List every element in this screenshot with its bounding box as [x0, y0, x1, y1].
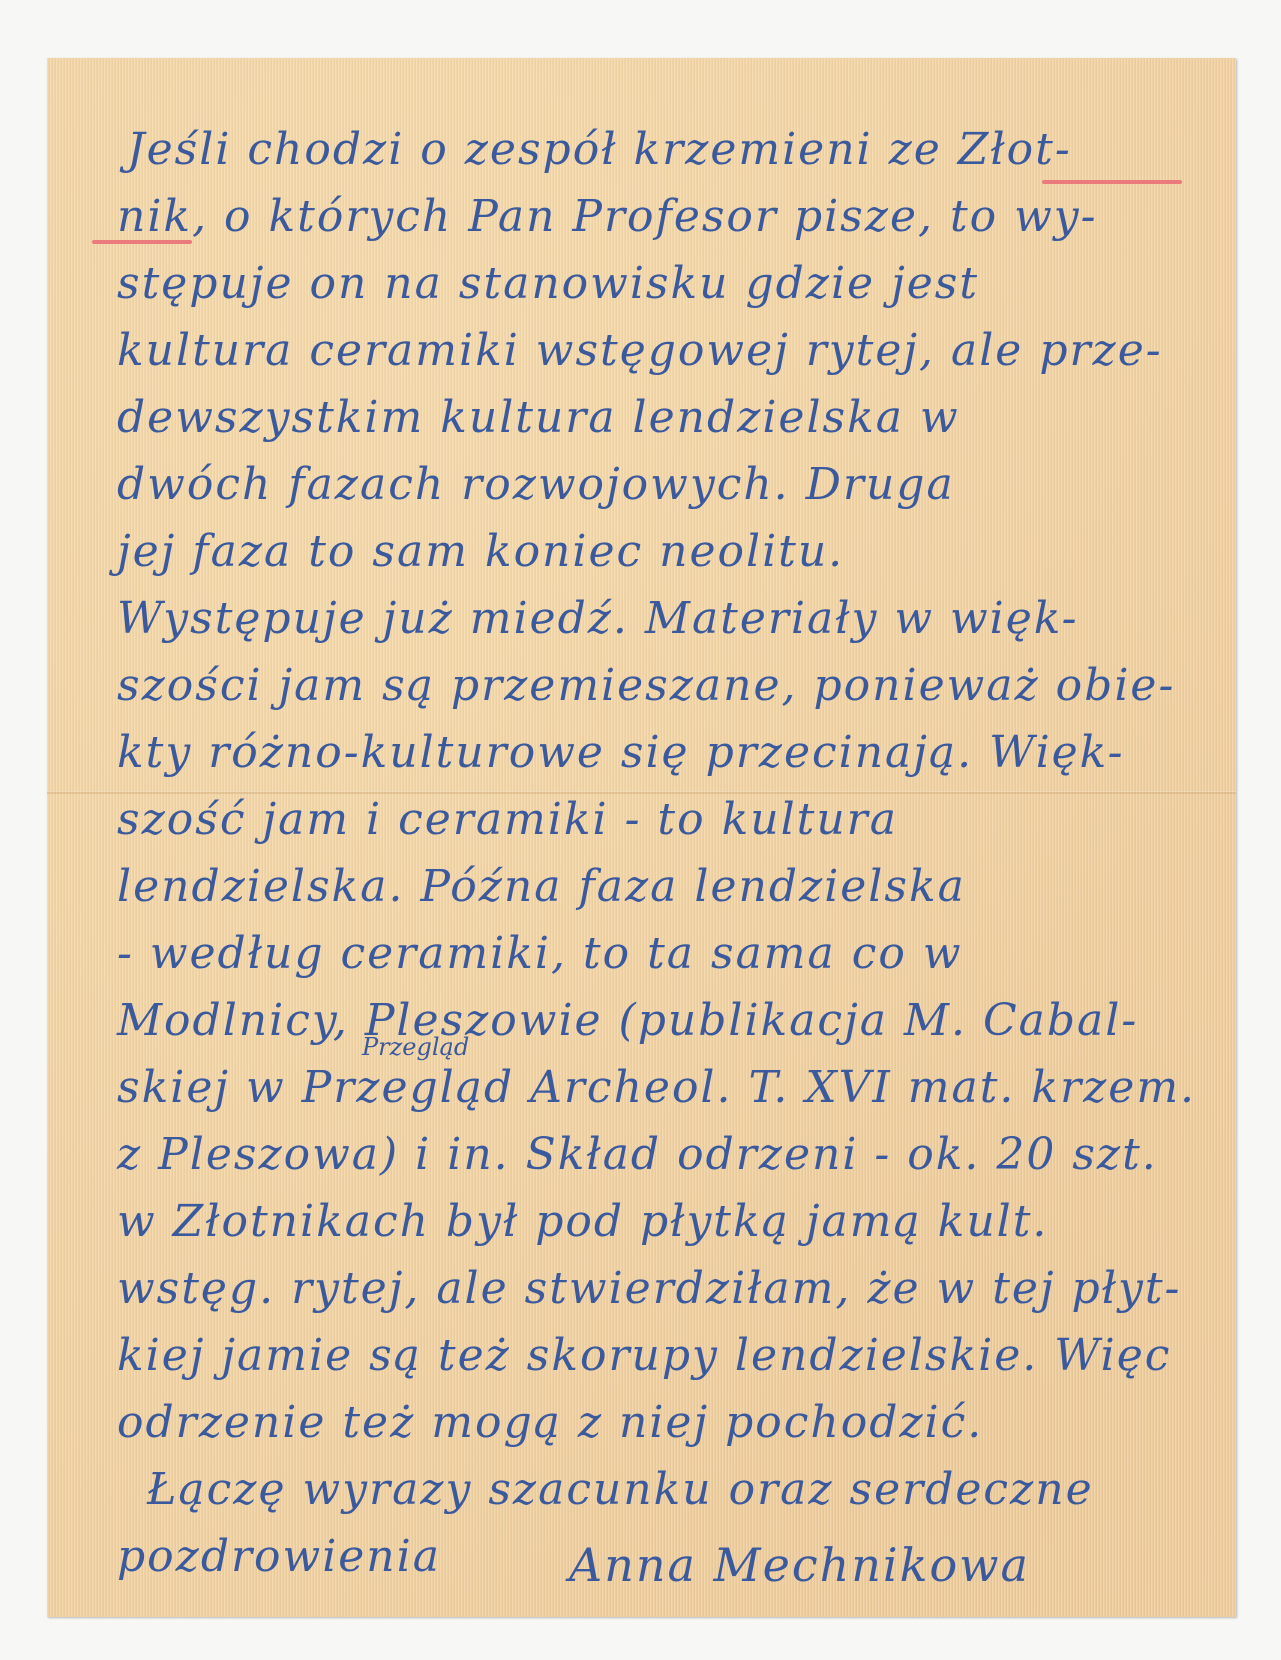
- letter-line-8: Występuje już miedź. Materiały w więk-: [117, 597, 1079, 641]
- letter-line-5: dewszystkim kultura lendzielska w: [117, 396, 960, 440]
- red-underline-zlot: [1042, 180, 1182, 184]
- letter-line-15: skiej w Przegląd Archeol. T. XVI mat. kr…: [117, 1066, 1196, 1110]
- letter-line-18: wstęg. rytej, ale stwierdziłam, że w tej…: [117, 1267, 1181, 1311]
- letter-line-3: stępuje on na stanowisku gdzie jest: [117, 262, 979, 306]
- letter-closing-line: Łączę wyrazy szacunku oraz serdeczne: [147, 1468, 1094, 1512]
- letter-line-6: dwóch fazach rozwojowych. Druga: [117, 463, 955, 507]
- letter-line-2: nik, o których Pan Profesor pisze, to wy…: [117, 195, 1098, 239]
- letter-line-1: Jeśli chodzi o zespół krzemieni ze Złot-: [127, 128, 1072, 172]
- letter-line-16: z Pleszowa) i in. Skład odrzeni - ok. 20…: [117, 1133, 1158, 1177]
- insertion-above-text: Przegląd: [362, 1033, 469, 1061]
- signature: Anna Mechnikowa: [569, 1538, 1030, 1592]
- letter-line-10: kty różno-kulturowe się przecinają. Więk…: [117, 731, 1124, 775]
- letter-line-7: jej faza to sam koniec neolitu.: [117, 530, 844, 574]
- letter-line-12: lendzielska. Późna faza lendzielska: [117, 865, 966, 909]
- letter-line-19: kiej jamie są też skorupy lendzielskie. …: [117, 1334, 1171, 1378]
- letter-line-11: szość jam i ceramiki - to kultura: [117, 798, 898, 842]
- letter-line-20: odrzenie też mogą z niej pochodzić.: [117, 1401, 983, 1445]
- letter-line-4: kultura ceramiki wstęgowej rytej, ale pr…: [117, 329, 1163, 373]
- letter-line-14: Modlnicy, Pleszowie (publikacja M. Cabal…: [117, 999, 1138, 1043]
- letter-line-13: - według ceramiki, to ta sama co w: [117, 932, 963, 976]
- letter-line-9: szości jam są przemieszane, ponieważ obi…: [117, 664, 1175, 708]
- letter-line-17: w Złotnikach był pod płytką jamą kult.: [117, 1200, 1048, 1244]
- red-underline-nik: [92, 240, 192, 244]
- letter-closing-greeting: pozdrowienia: [117, 1535, 441, 1579]
- letter-paper: Jeśli chodzi o zespół krzemieni ze Złot-…: [47, 58, 1236, 1617]
